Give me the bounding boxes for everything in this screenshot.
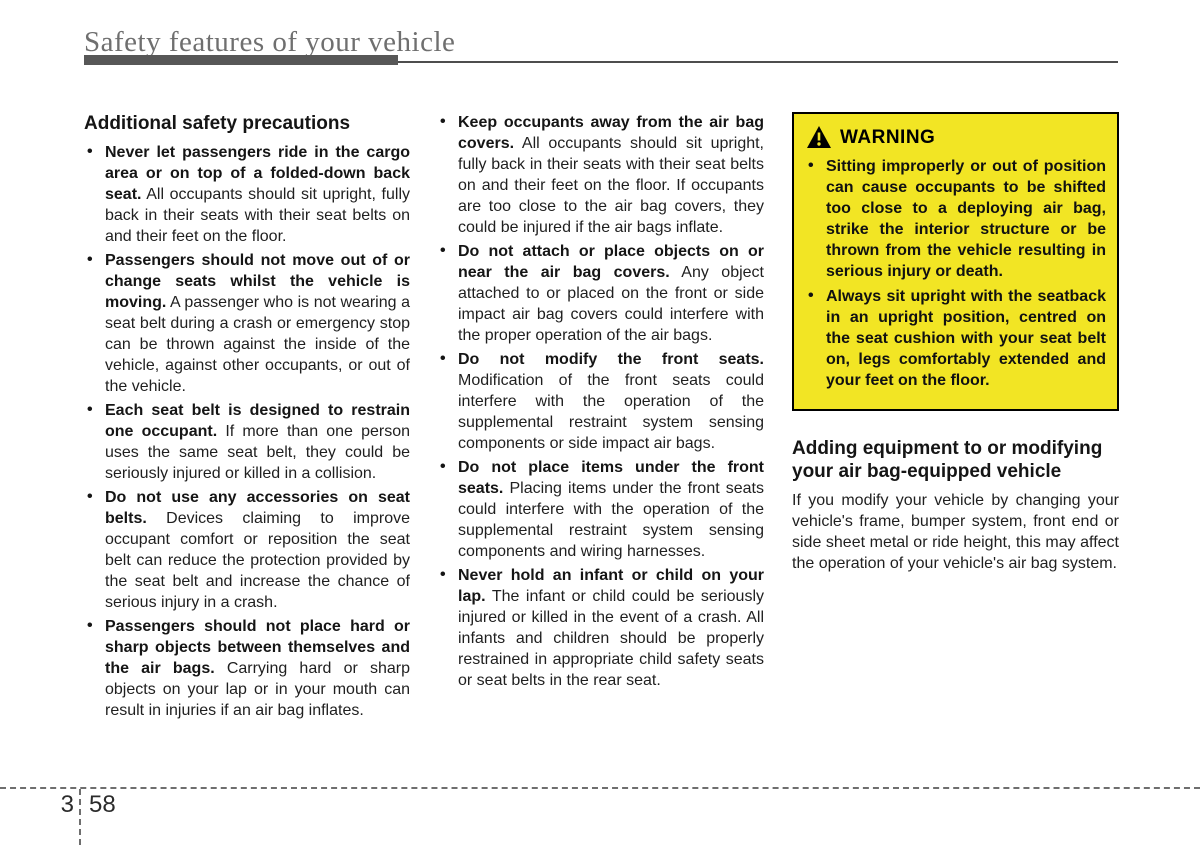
footer-page-number: 58 (89, 791, 116, 819)
warning-bullet-list: Sitting improperly or out of position ca… (805, 156, 1106, 391)
warning-box: WARNING Sitting improperly or out of pos… (792, 112, 1119, 411)
list-item: Do not use any accessories on seat belts… (84, 487, 410, 613)
warning-list-item: Always sit upright with the seatback in … (805, 286, 1106, 391)
footer-dashed-vertical-rule (79, 789, 81, 845)
list-item: Do not place items under the front seats… (437, 457, 764, 562)
list-item: Do not attach or place objects on or nea… (437, 241, 764, 346)
section-heading-additional-safety: Additional safety precautions (84, 112, 410, 135)
column-middle: Keep occupants away from the air bag cov… (437, 112, 764, 694)
list-item: Never hold an infant or child on your la… (437, 565, 764, 691)
section-body-text: If you modify your vehicle by changing y… (792, 490, 1119, 574)
bullet-list: Keep occupants away from the air bag cov… (437, 112, 764, 691)
list-item-text: Modification of the front seats could in… (458, 372, 764, 452)
section-heading-adding-equipment: Adding equipment to or modifying your ai… (792, 437, 1119, 483)
warning-triangle-icon (807, 126, 831, 148)
header-rule-thick (84, 55, 398, 65)
list-item: Do not modify the front seats. Modificat… (437, 349, 764, 454)
list-item: Never let passengers ride in the cargo a… (84, 142, 410, 247)
list-item-text: All occupants should sit upright, fully … (105, 186, 410, 245)
footer-dashed-horizontal-rule (0, 787, 1200, 789)
list-item: Passengers should not place hard or shar… (84, 616, 410, 721)
list-item: Passengers should not move out of or cha… (84, 250, 410, 397)
section-adding-equipment: Adding equipment to or modifying your ai… (792, 437, 1119, 574)
list-item: Keep occupants away from the air bag cov… (437, 112, 764, 238)
list-item-text: The infant or child could be seriously i… (458, 588, 764, 689)
column-right: WARNING Sitting improperly or out of pos… (792, 112, 1119, 574)
list-item: Each seat belt is designed to restrain o… (84, 400, 410, 484)
bullet-list: Never let passengers ride in the cargo a… (84, 142, 410, 721)
warning-list-item: Sitting improperly or out of position ca… (805, 156, 1106, 282)
warning-title: WARNING (840, 127, 935, 148)
manual-page: { "header": { "title": "Safety features … (0, 0, 1200, 845)
column-left: Additional safety precautions Never let … (84, 112, 410, 724)
list-item-lead: Do not modify the front seats. (458, 351, 764, 368)
footer-chapter-number: 3 (44, 791, 74, 819)
warning-header: WARNING (807, 126, 1106, 148)
list-item-text: Devices claiming to improve occupant com… (105, 510, 410, 611)
list-item-text: Placing items under the front seats coul… (458, 480, 764, 560)
